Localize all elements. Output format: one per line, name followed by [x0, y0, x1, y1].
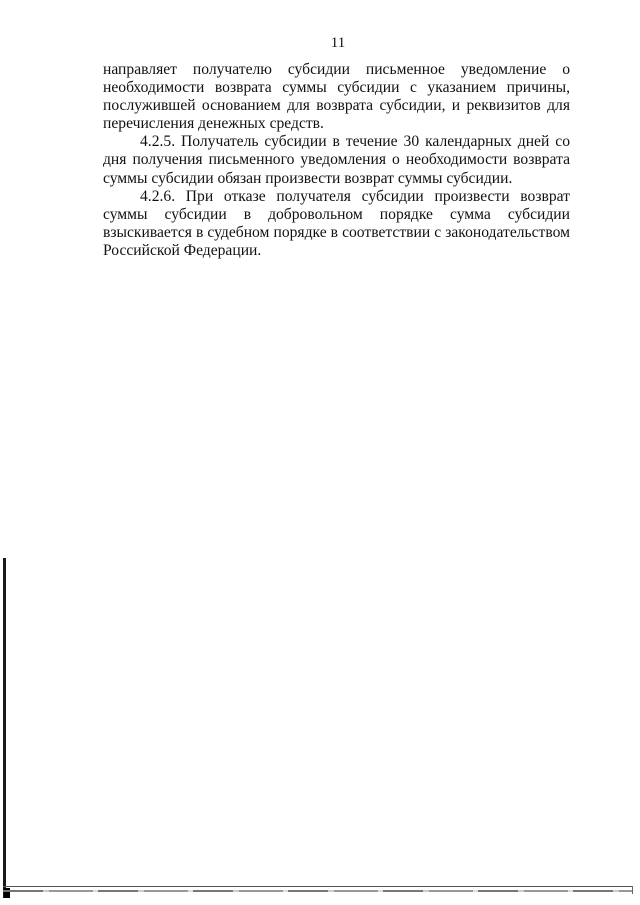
paragraph-4-2-6: 4.2.6. При отказе получателя субсидии пр… [103, 188, 570, 260]
scan-edge-left [3, 558, 6, 898]
paragraph-continuation: направляет получателю субсидии письменно… [103, 61, 570, 133]
scan-edge-bottom-noise [3, 890, 633, 892]
page-number: 11 [0, 34, 640, 52]
scan-edge-right [632, 886, 633, 894]
scan-edge-bottom [3, 886, 633, 887]
document-body: направляет получателю субсидии письменно… [103, 61, 570, 260]
paragraph-4-2-5: 4.2.5. Получатель субсидии в течение 30 … [103, 133, 570, 187]
